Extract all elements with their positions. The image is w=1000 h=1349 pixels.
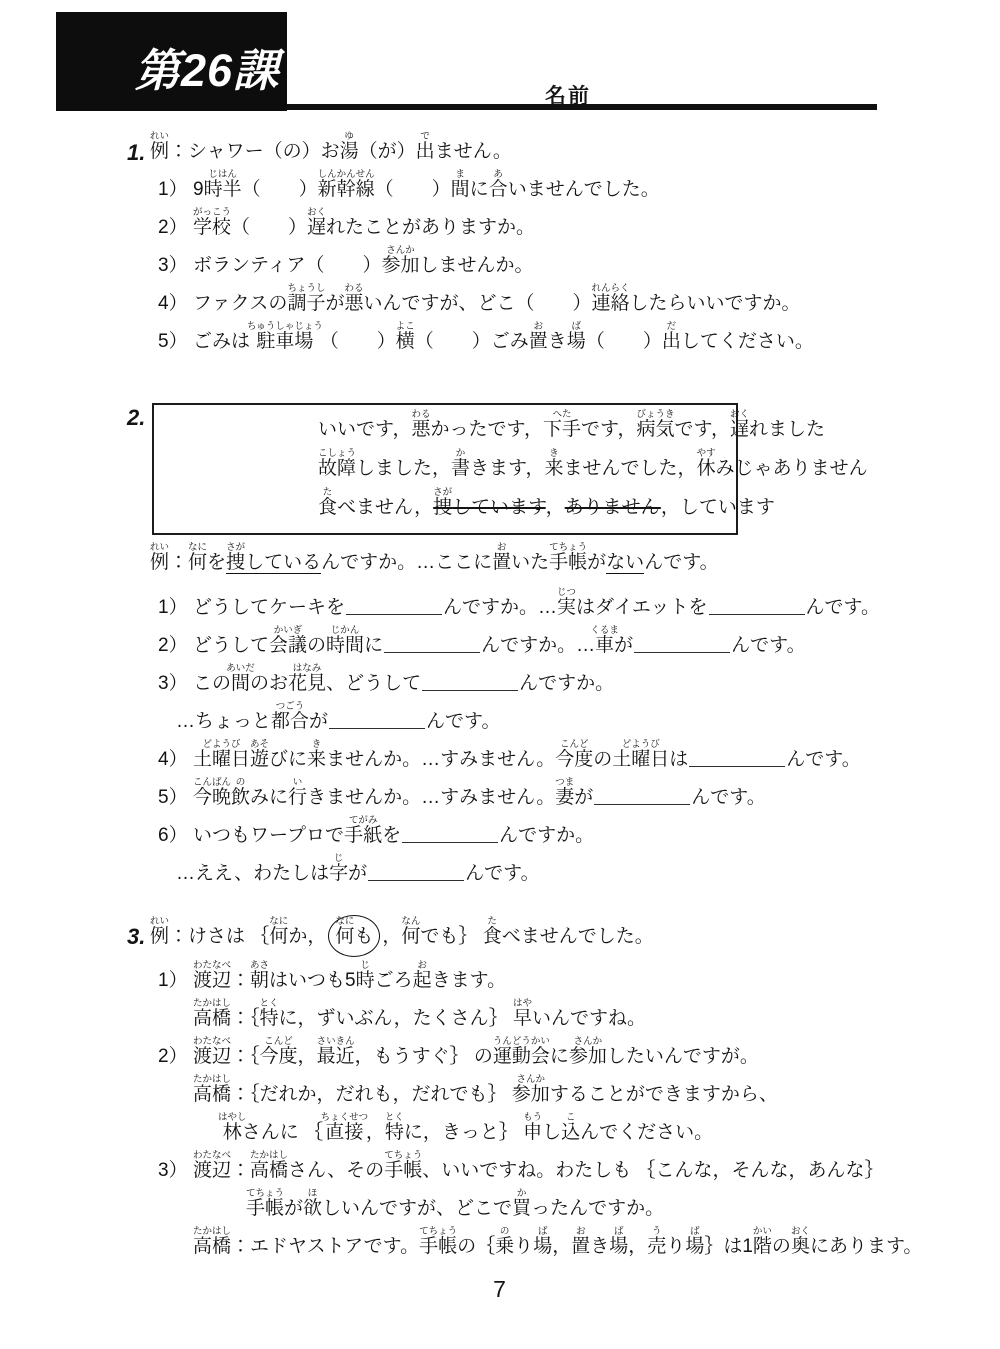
worksheet-line: 2）どうして会議かいぎの時間じかんにんですか。…車くるまがんです。 bbox=[0, 625, 1000, 663]
section-1-number: 1. bbox=[127, 140, 145, 166]
worksheet-line: 高橋たかはし：｛だれか，だれも，だれでも｝ 参加さんかすることができますから、 bbox=[0, 1074, 1000, 1112]
worksheet-line: …ちょっと都合つごうがんです。 bbox=[0, 701, 1000, 739]
page-footer: 7 bbox=[0, 1276, 1000, 1303]
worksheet-line: 食たべません，捜さがしています，ありません，しています bbox=[168, 487, 736, 526]
item-number: 1） bbox=[158, 171, 193, 209]
section-2-number: 2. bbox=[127, 405, 145, 431]
item-number: 2） bbox=[158, 209, 193, 247]
worksheet-line: 1）どうしてケーキをんですか。…実じつはダイエットをんです。 bbox=[0, 587, 1000, 625]
section-1-lines: 例れい：シャワー（の）お湯ゆ（が）出でません。1）9時半じはん（ ）新幹線しんか… bbox=[0, 131, 1000, 359]
item-number: 1） bbox=[158, 589, 193, 627]
worksheet-line: 4）ファクスの調子ちょうしが悪わるいんですが、どこ（ ）連絡れんらくしたらいいで… bbox=[0, 283, 1000, 321]
section-3-lines: 例れい：けさは ｛何なにか，何なにも，何なんでも｝ 食たべませんでした。1）渡辺… bbox=[0, 915, 1000, 1264]
worksheet-line: 3）この間あいだのお花見はなみ、どうしてんですか。 bbox=[0, 663, 1000, 701]
worksheet-body: 1. 例れい：シャワー（の）お湯ゆ（が）出でません。1）9時半じはん（ ）新幹線… bbox=[0, 115, 1000, 1303]
answer-blank bbox=[634, 652, 730, 653]
lesson-title: 第26課 bbox=[135, 34, 279, 99]
worksheet-line: …ええ、わたしは字じがんです。 bbox=[0, 853, 1000, 891]
answer-blank bbox=[346, 614, 442, 615]
section-3: 3. 例れい：けさは ｛何なにか，何なにも，何なんでも｝ 食たべませんでした。1… bbox=[0, 915, 1000, 1264]
lesson-title-box: 第26課 bbox=[56, 12, 287, 111]
worksheet-line: 5）ごみは駐車場ちゅうしゃじょう（ ）横よこ（ ）ごみ置おき場ば（ ）出だしてく… bbox=[0, 321, 1000, 359]
worksheet-line: 3）渡辺わたなべ：高橋たかはしさん、その手帳てちょう、いいですね。わたしも ｛こ… bbox=[0, 1150, 1000, 1188]
item-number: 4） bbox=[158, 741, 193, 779]
worksheet-line: 6）いつもワープロで手紙てがみをんですか。 bbox=[0, 815, 1000, 853]
answer-blank bbox=[422, 690, 518, 691]
item-number: 2） bbox=[158, 1038, 193, 1076]
section-3-number: 3. bbox=[127, 924, 145, 950]
item-number: 5） bbox=[158, 323, 193, 361]
answer-blank bbox=[594, 804, 690, 805]
item-number: 3） bbox=[158, 1152, 193, 1190]
answer-blank bbox=[368, 880, 464, 881]
worksheet-line: いいです，悪わるかったです，下手へたです，病気びょうきです，遅おくれました bbox=[168, 409, 736, 448]
worksheet-line: 5）今晩こんばん飲のみに行いきませんか。…すみません。妻つまがんです。 bbox=[0, 777, 1000, 815]
worksheet-line: 林はやしさんに ｛直接ちょくせつ，特とくに，きっと｝ 申もうし込こんでください。 bbox=[0, 1112, 1000, 1150]
circled-answer: 何なにも bbox=[328, 915, 380, 957]
answer-blank bbox=[384, 652, 480, 653]
item-number: 3） bbox=[158, 665, 193, 703]
answer-blank bbox=[402, 842, 498, 843]
item-number: 2） bbox=[158, 627, 193, 665]
worksheet-line: 1）渡辺わたなべ：朝あさはいつも5時じごろ起おきます。 bbox=[0, 960, 1000, 998]
worksheet-line: 3）ボランティア（ ）参加さんかしませんか。 bbox=[0, 245, 1000, 283]
item-number: 5） bbox=[158, 779, 193, 817]
worksheet-line: 高橋たかはし：エドヤストアです。手帳てちょうの｛乗のり場ば，置おき場ば，売うり場… bbox=[0, 1226, 1000, 1264]
answer-blank bbox=[329, 728, 425, 729]
worksheet-line: 2）学校がっこう（ ）遅おくれたことがありますか。 bbox=[0, 207, 1000, 245]
item-number: 1） bbox=[158, 962, 193, 1000]
answer-blank bbox=[689, 766, 785, 767]
worksheet-line: 4）土曜日どようび遊あそびに来きませんか。…すみません。今度こんどの土曜日どよう… bbox=[0, 739, 1000, 777]
worksheet-line: 例れい：何なにを捜さがしているんですか。…ここに置おいた手帳てちょうがないんです… bbox=[0, 542, 1000, 580]
answer-blank bbox=[709, 614, 805, 615]
item-number: 6） bbox=[158, 817, 193, 855]
worksheet-line: 故障こしょうしました，書かきます，来きませんでした，休やすみじゃありません bbox=[168, 448, 736, 487]
worksheet-line: 高橋たかはし：｛特とくに，ずいぶん，たくさん｝ 早はやいんですね。 bbox=[0, 998, 1000, 1036]
item-number: 4） bbox=[158, 285, 193, 323]
item-number: 3） bbox=[158, 247, 193, 285]
section-1: 1. 例れい：シャワー（の）お湯ゆ（が）出でません。1）9時半じはん（ ）新幹線… bbox=[0, 131, 1000, 359]
header-rule bbox=[287, 104, 877, 110]
word-bank-box: いいです，悪わるかったです，下手へたです，病気びょうきです，遅おくれました故障こ… bbox=[152, 403, 738, 535]
worksheet-line: 2）渡辺わたなべ：｛今度こんど，最近さいきん，もうすぐ｝ の運動会うんどうかいに… bbox=[0, 1036, 1000, 1074]
section-2: 2. いいです，悪わるかったです，下手へたです，病気びょうきです，遅おくれました… bbox=[0, 403, 1000, 891]
worksheet-line: 手帳てちょうが欲ほしいんですが、どこで買かったんですか。 bbox=[0, 1188, 1000, 1226]
worksheet-page: 第26課 名前 1. 例れい：シャワー（の）お湯ゆ（が）出でません。1）9時半じ… bbox=[0, 0, 1000, 1349]
worksheet-line: 例れい：シャワー（の）お湯ゆ（が）出でません。 bbox=[0, 131, 1000, 169]
section-2-lines: 例れい：何なにを捜さがしているんですか。…ここに置おいた手帳てちょうがないんです… bbox=[0, 542, 1000, 891]
worksheet-line: 例れい：けさは ｛何なにか，何なにも，何なんでも｝ 食たべませんでした。 bbox=[0, 915, 1000, 953]
worksheet-line: 1）9時半じはん（ ）新幹線しんかんせん（ ）間まに合あいませんでした。 bbox=[0, 169, 1000, 207]
page-number: 7 bbox=[493, 1276, 507, 1302]
